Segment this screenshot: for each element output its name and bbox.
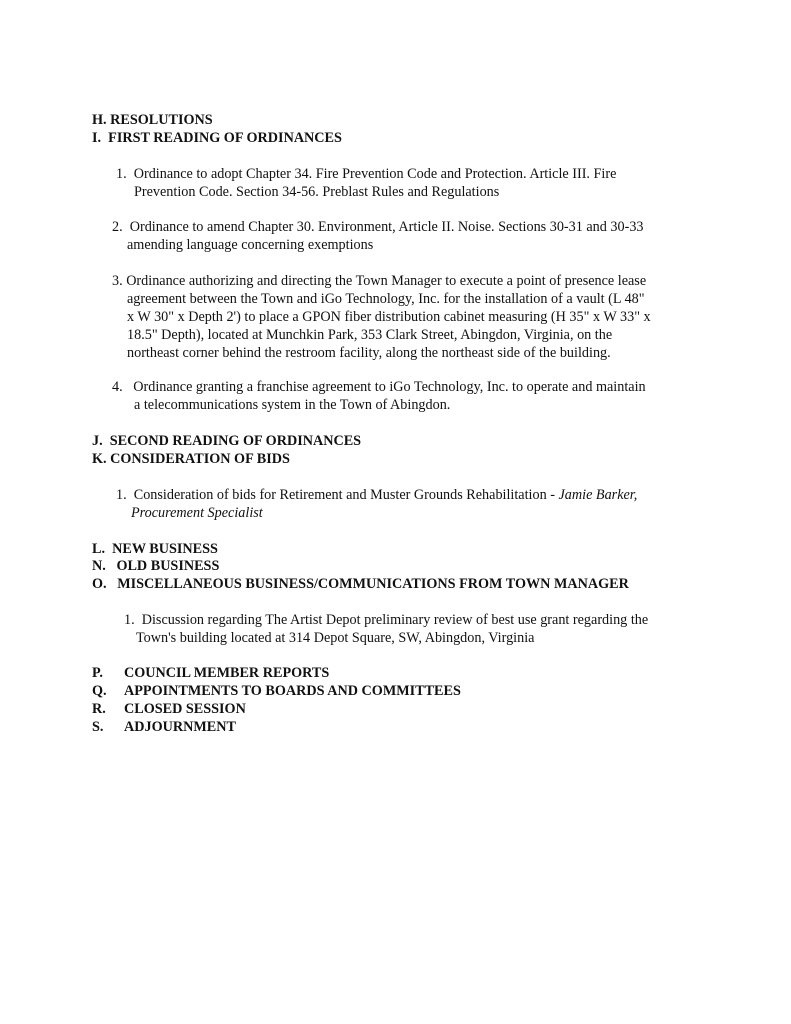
item-text: amending language concerning exemptions <box>112 237 373 253</box>
section-letter: L. <box>92 541 105 557</box>
item-text: a telecommunications system in the Town … <box>112 397 450 413</box>
item-number: 2. <box>112 219 123 235</box>
item-text: 18.5" Depth), located at Munchkin Park, … <box>112 327 612 343</box>
item-text: Prevention Code. Section 34-56. Preblast… <box>116 184 499 200</box>
item-number: 1. <box>116 166 127 182</box>
section-letter: R. <box>92 701 124 718</box>
section-title: CLOSED SESSION <box>124 701 246 717</box>
item-text: Discussion regarding The Artist Depot pr… <box>142 612 648 628</box>
item-number: 1. <box>124 612 135 628</box>
section-letter: I. <box>92 130 101 146</box>
section-i-heading: I. FIRST READING OF ORDINANCES <box>92 130 342 147</box>
section-letter: H. <box>92 112 107 128</box>
agenda-item-i-1: 1. Ordinance to adopt Chapter 34. Fire P… <box>116 165 716 201</box>
section-k-heading: K. CONSIDERATION OF BIDS <box>92 451 290 468</box>
presenter-title: Procurement Specialist <box>116 505 263 521</box>
item-text: Consideration of bids for Retirement and… <box>134 487 559 503</box>
section-n-heading: N. OLD BUSINESS <box>92 558 219 575</box>
agenda-page: H. RESOLUTIONS I. FIRST READING OF ORDIN… <box>0 0 791 1024</box>
section-s-heading: S.ADJOURNMENT <box>92 719 236 736</box>
item-text: northeast corner behind the restroom fac… <box>112 345 611 361</box>
section-l-heading: L. NEW BUSINESS <box>92 541 218 558</box>
section-p-heading: P.COUNCIL MEMBER REPORTS <box>92 665 329 682</box>
section-title: OLD BUSINESS <box>116 558 219 574</box>
agenda-item-k-1: 1. Consideration of bids for Retirement … <box>116 486 716 522</box>
section-letter: N. <box>92 558 106 574</box>
section-title: ADJOURNMENT <box>124 719 236 735</box>
item-text: Ordinance authorizing and directing the … <box>126 273 646 289</box>
item-text: Ordinance to adopt Chapter 34. Fire Prev… <box>134 166 617 182</box>
section-title: RESOLUTIONS <box>110 112 213 128</box>
agenda-item-i-3: 3. Ordinance authorizing and directing t… <box>112 272 712 362</box>
section-letter: Q. <box>92 683 124 700</box>
section-letter: J. <box>92 433 103 449</box>
item-text: agreement between the Town and iGo Techn… <box>112 291 645 307</box>
section-title: APPOINTMENTS TO BOARDS AND COMMITTEES <box>124 683 461 699</box>
section-letter: K. <box>92 451 107 467</box>
section-h-heading: H. RESOLUTIONS <box>92 112 213 129</box>
presenter-name: Jamie Barker, <box>559 487 638 503</box>
section-title: COUNCIL MEMBER REPORTS <box>124 665 329 681</box>
section-title: MISCELLANEOUS BUSINESS/COMMUNICATIONS FR… <box>117 576 629 592</box>
agenda-item-o-1: 1. Discussion regarding The Artist Depot… <box>124 611 724 647</box>
item-text: x W 30" x Depth 2') to place a GPON fibe… <box>112 309 651 325</box>
item-number: 4. <box>112 379 123 395</box>
item-text: Ordinance to amend Chapter 30. Environme… <box>130 219 644 235</box>
section-letter: S. <box>92 719 124 736</box>
agenda-item-i-2: 2. Ordinance to amend Chapter 30. Enviro… <box>112 218 712 254</box>
item-number: 3. <box>112 273 123 289</box>
section-title: SECOND READING OF ORDINANCES <box>110 433 361 449</box>
section-title: NEW BUSINESS <box>112 541 218 557</box>
section-title: CONSIDERATION OF BIDS <box>110 451 290 467</box>
agenda-item-i-4: 4. Ordinance granting a franchise agreem… <box>112 378 722 414</box>
section-j-heading: J. SECOND READING OF ORDINANCES <box>92 433 361 450</box>
section-letter: P. <box>92 665 124 682</box>
item-number: 1. <box>116 487 127 503</box>
section-o-heading: O. MISCELLANEOUS BUSINESS/COMMUNICATIONS… <box>92 576 629 593</box>
section-r-heading: R.CLOSED SESSION <box>92 701 246 718</box>
section-letter: O. <box>92 576 107 592</box>
section-title: FIRST READING OF ORDINANCES <box>108 130 342 146</box>
item-text: Ordinance granting a franchise agreement… <box>133 379 645 395</box>
item-text: Town's building located at 314 Depot Squ… <box>124 630 534 646</box>
section-q-heading: Q.APPOINTMENTS TO BOARDS AND COMMITTEES <box>92 683 461 700</box>
